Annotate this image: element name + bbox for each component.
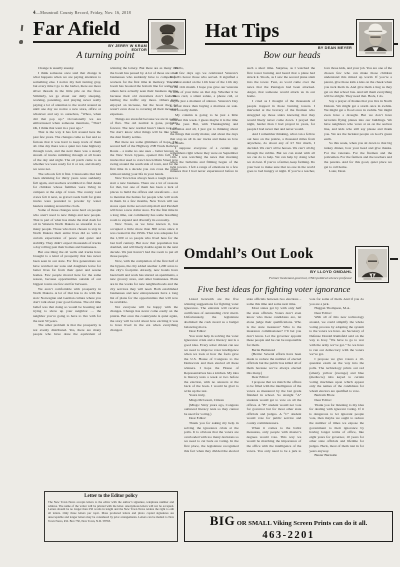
article-paragraph: Thank you for listening to my idea for d… bbox=[309, 403, 364, 454]
article-paragraph: Now, with the completion of the first ha… bbox=[110, 259, 178, 305]
omdahl-headline: Five best ideas for fighting voter ignor… bbox=[184, 284, 364, 294]
article-paragraph: Listed herewith are the five winning sug… bbox=[184, 297, 239, 329]
far-afield-headline: A turning point bbox=[33, 51, 178, 61]
article-paragraph: (Misgs: Sixty years ago, Congress outlaw… bbox=[184, 403, 239, 417]
article-paragraph: A few days ago we celebrated Veteran’s D… bbox=[170, 71, 238, 113]
omdahl-title: Omdahl’s Out Look bbox=[184, 246, 313, 262]
dean-meyer-portrait bbox=[359, 22, 392, 55]
hat-tips-byline: BY DEAN MEYER bbox=[252, 46, 352, 51]
article-paragraph: Most states get by with only half the st… bbox=[247, 306, 302, 347]
lloyd-omdahl-portrait bbox=[358, 249, 387, 281]
article-paragraph: So this week, when you sit down to that … bbox=[324, 141, 392, 169]
hat-tips-title: Hat Tips bbox=[205, 20, 279, 42]
article-paragraph: My column is going to be just a little d… bbox=[170, 113, 238, 146]
scan-mark bbox=[21, 25, 23, 31]
hat-tips-rule-stub bbox=[394, 43, 398, 45]
article-paragraph: But one thing the oil wells and trucks h… bbox=[33, 250, 101, 287]
article-paragraph: New Town, as we have known it, has occup… bbox=[110, 222, 178, 259]
article-paragraph: Say a prayer of thanks that you live in … bbox=[324, 99, 392, 141]
letter-policy-box: Letter to the Editor policy The New Town… bbox=[44, 491, 178, 542]
omdahl-byline: BY LLOYD OMDAHL bbox=[230, 270, 352, 275]
article-paragraph: With all of this new technology around, … bbox=[309, 315, 364, 356]
masthead-text: —Mountrail County Record, Friday, Nov. 1… bbox=[36, 10, 131, 15]
ad-big-word: BIG bbox=[210, 513, 235, 528]
article-paragraph: The schools felt it first. Classrooms th… bbox=[33, 172, 101, 209]
article-paragraph: I cried as I thought of the thousands of… bbox=[247, 99, 315, 132]
viking-screen-prints-ad: BIG OR SMALL Viking Screen Prints can do… bbox=[184, 511, 393, 542]
article-paragraph: You want help in solving the voter ignor… bbox=[184, 334, 239, 394]
article-paragraph: I propose that we match the offices to b… bbox=[247, 380, 302, 426]
far-afield-article: Change is usually sneaky.I think someone… bbox=[33, 66, 178, 490]
page-header: 4—Mountrail County Record, Friday, Nov. … bbox=[33, 10, 253, 16]
article-paragraph: Not everyone will be happy with the chan… bbox=[110, 305, 178, 333]
ad-phone-number: 463-2201 bbox=[262, 530, 314, 541]
newspaper-page: 4—Mountrail County Record, Friday, Nov. … bbox=[0, 0, 400, 567]
ad-headline: BIG OR SMALL Viking Screen Prints can do… bbox=[210, 512, 367, 530]
article-paragraph: (Bertie: Several efforts have been made … bbox=[247, 352, 302, 375]
article-paragraph: We aren’t comfortable with prosperity in… bbox=[33, 287, 101, 324]
article-paragraph: Later, Dean bbox=[324, 169, 392, 174]
omdahl-rule-stub bbox=[390, 258, 398, 260]
article-paragraph: That is the way it has felt around here … bbox=[33, 130, 101, 171]
scan-mark bbox=[19, 40, 23, 44]
article-paragraph: I think someone once said that change is… bbox=[33, 71, 101, 131]
omdahl-article: Listed herewith are the five winning sug… bbox=[184, 297, 364, 504]
letter-policy-body: The New Town News accepts letters to the… bbox=[48, 501, 174, 523]
article-paragraph: I propose we give voters a 10-question e… bbox=[309, 357, 364, 394]
omdahl-affiliation: Former lieutenant governor, UND politica… bbox=[200, 276, 352, 280]
hat-tips-headline: Bow our heads bbox=[207, 51, 377, 61]
article-paragraph: New Town has always been a tough place t… bbox=[110, 176, 178, 222]
jerry-kram-photo bbox=[148, 19, 186, 55]
article-paragraph: But there are some glimmers of hope. The… bbox=[110, 140, 178, 177]
jerry-kram-portrait bbox=[151, 22, 184, 53]
hat-tips-article: Hello,A few days ago we celebrated Veter… bbox=[170, 66, 392, 266]
article-paragraph: Some of those changes were hard on peopl… bbox=[33, 208, 101, 249]
article-paragraph: Things are stressful because we are in a… bbox=[110, 117, 178, 140]
lloyd-omdahl-photo bbox=[355, 246, 389, 283]
article-paragraph: Buster Burnside bbox=[309, 453, 364, 458]
far-afield-title: Far Afield bbox=[33, 18, 120, 40]
ad-rest-text: OR SMALL Viking Screen Prints can do it … bbox=[235, 520, 367, 527]
